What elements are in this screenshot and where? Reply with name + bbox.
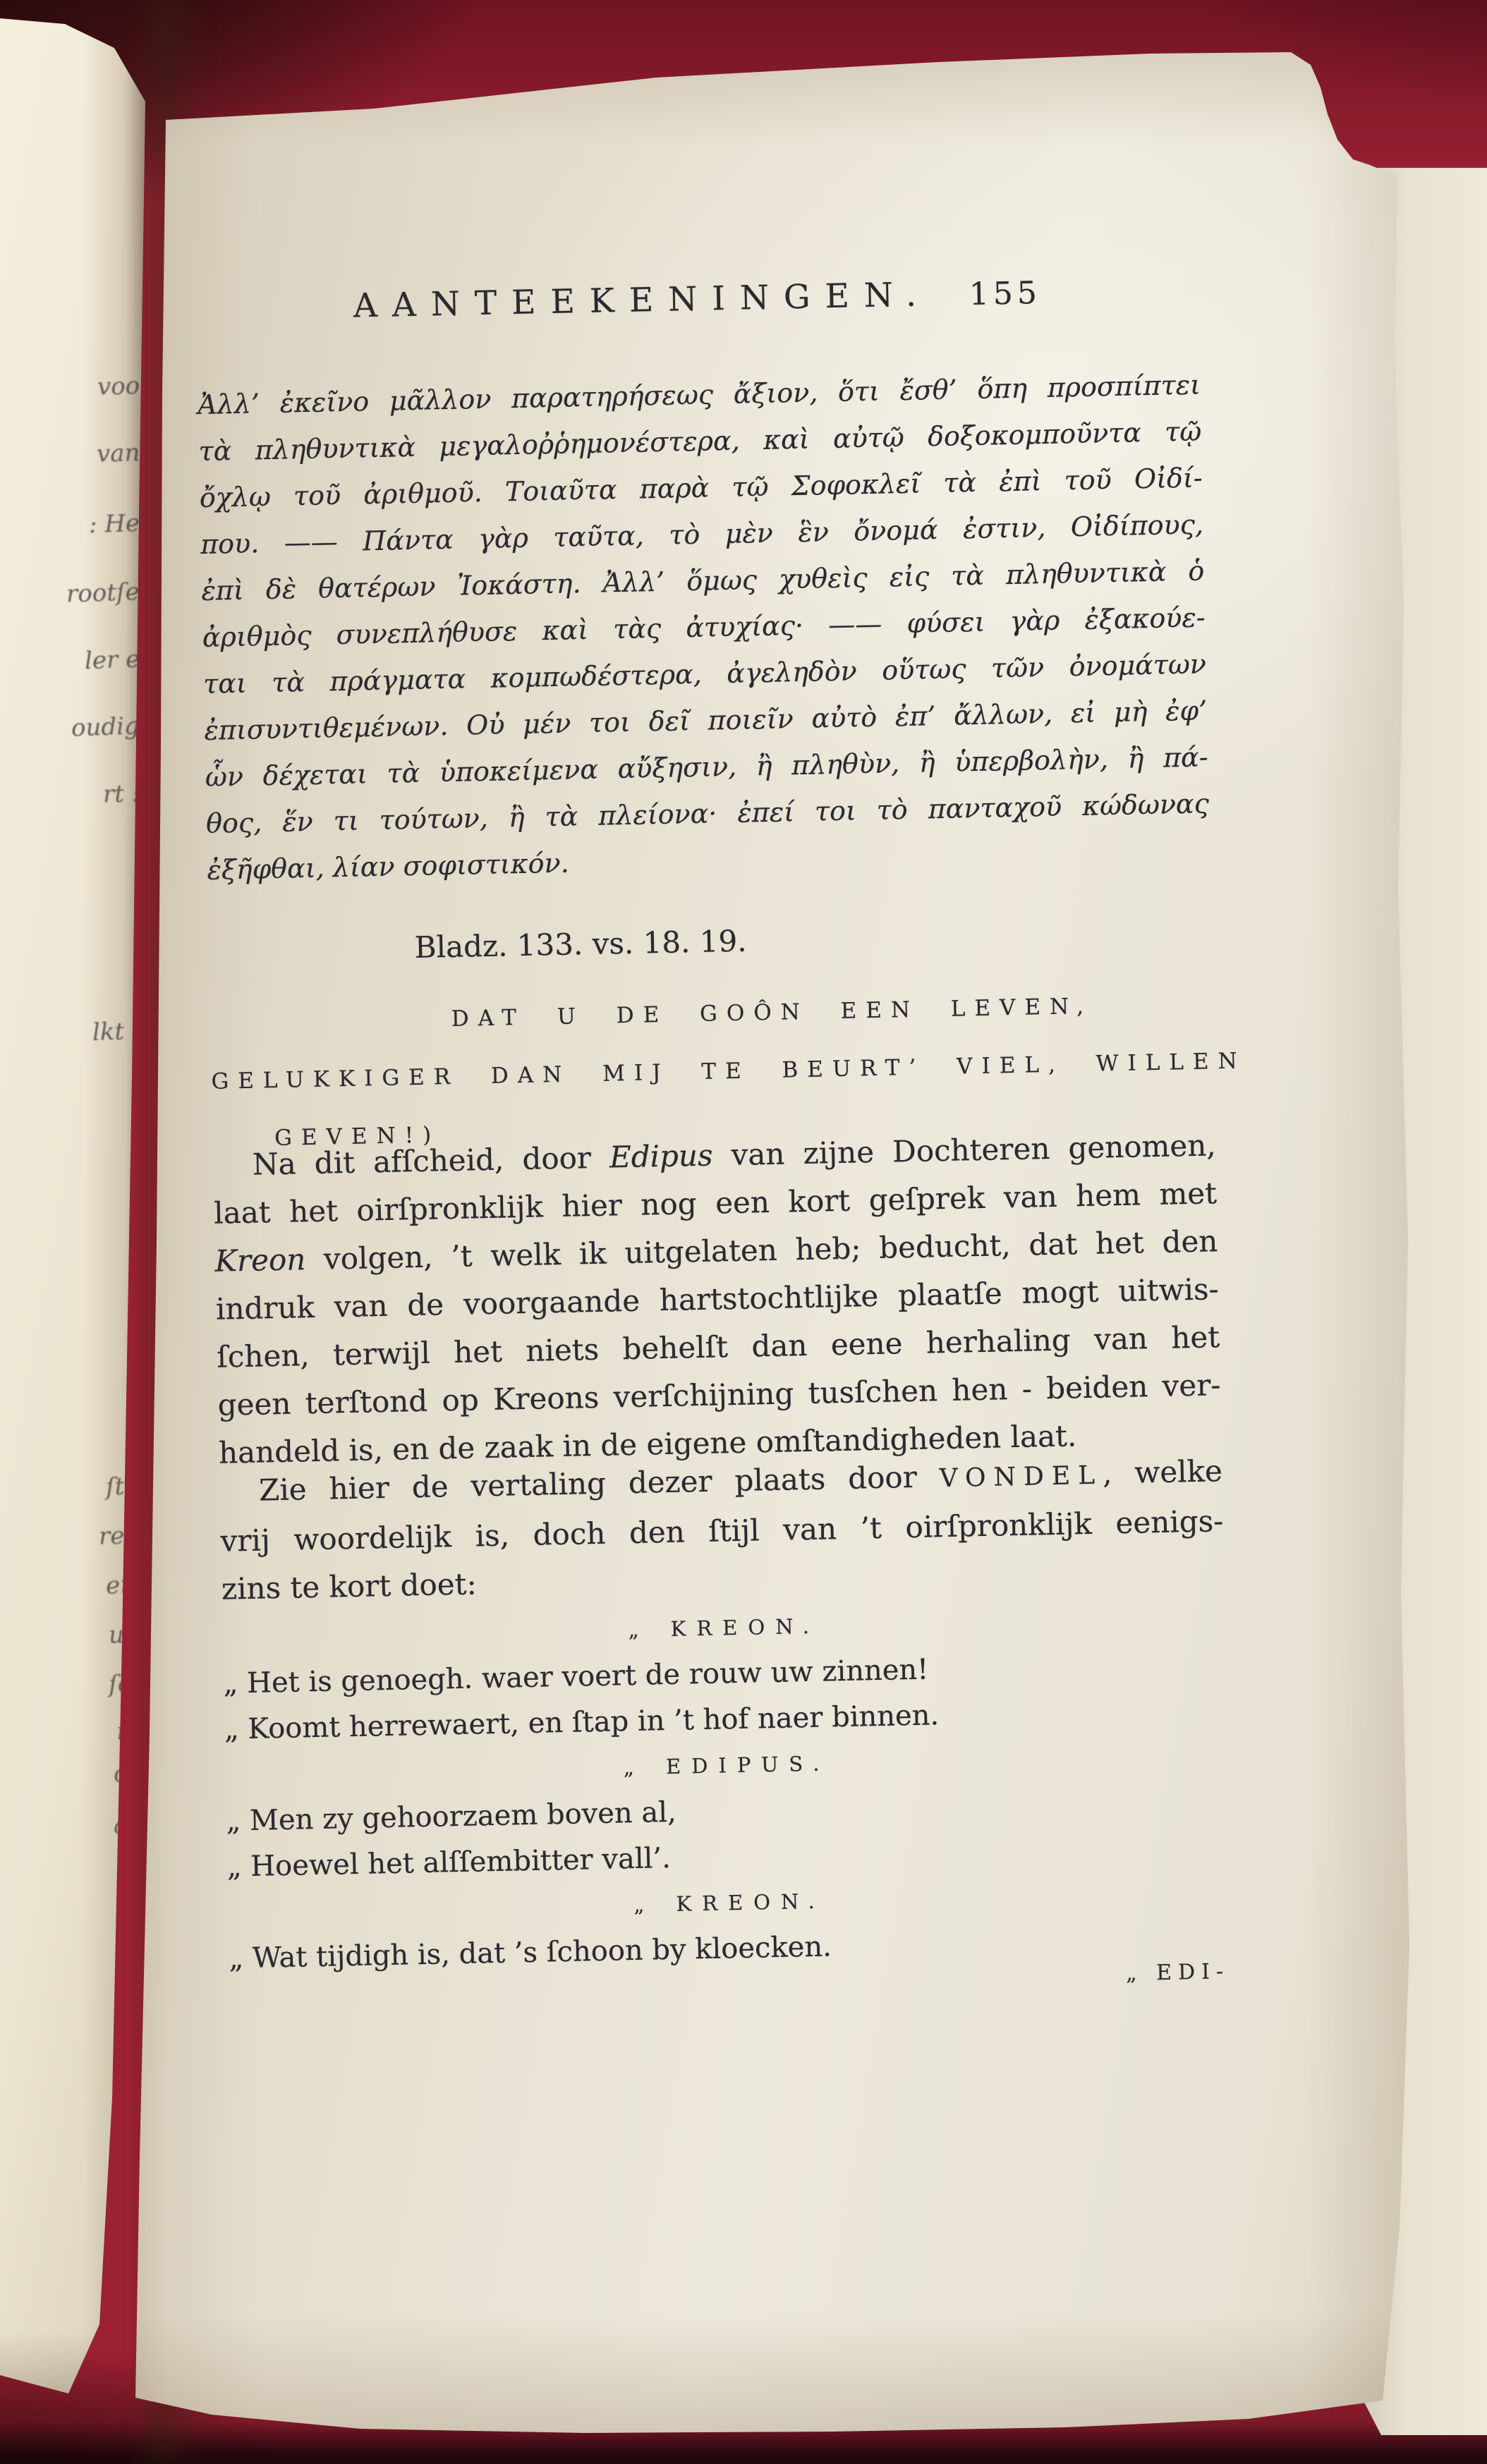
translation-intro-paragraph: Zie hier de vertaling dezer plaats door …: [219, 1447, 1225, 1613]
vondel-dialogue-quote: „ KREON. „ Het is genoegh. waer voert de…: [222, 1595, 1232, 1982]
running-head: AANTEEKENINGEN. 155: [195, 270, 1199, 329]
text-segment: Zie hier de vertaling dezer plaats door: [259, 1459, 940, 1507]
text-segment: van zijne Dochteren genomen,: [712, 1128, 1216, 1172]
page-number: 155: [969, 275, 1041, 312]
name-kreon: Kreon: [214, 1242, 306, 1279]
commentary-paragraph: Na dit afſcheid, door Edipus van zijne D…: [212, 1121, 1222, 1477]
book-photo: voo van : He rootſe ler e oudig rt : lkt…: [0, 0, 1487, 2464]
running-head-title: AANTEEKENINGEN.: [353, 275, 931, 325]
text-segment: , welke: [1103, 1453, 1223, 1490]
page-content: AANTEEKENINGEN. 155 Ἀλλ’ ἐκεῖνο μᾶλλον π…: [190, 22, 1242, 2434]
greek-quotation: Ἀλλ’ ἐκεῖνο μᾶλλον παρατηρήσεως ἄξιον, ὅ…: [198, 361, 1210, 893]
name-vondel: VONDEL: [939, 1461, 1103, 1494]
name-edipus: Edipus: [609, 1138, 713, 1175]
text-segment: Na dit afſcheid, door: [252, 1140, 609, 1182]
reference-line: Bladz. 133. vs. 18. 19.: [414, 924, 747, 965]
book-page: AANTEEKENINGEN. 155 Ἀλλ’ ἐκεῖνο μᾶλλον π…: [92, 41, 1412, 2433]
